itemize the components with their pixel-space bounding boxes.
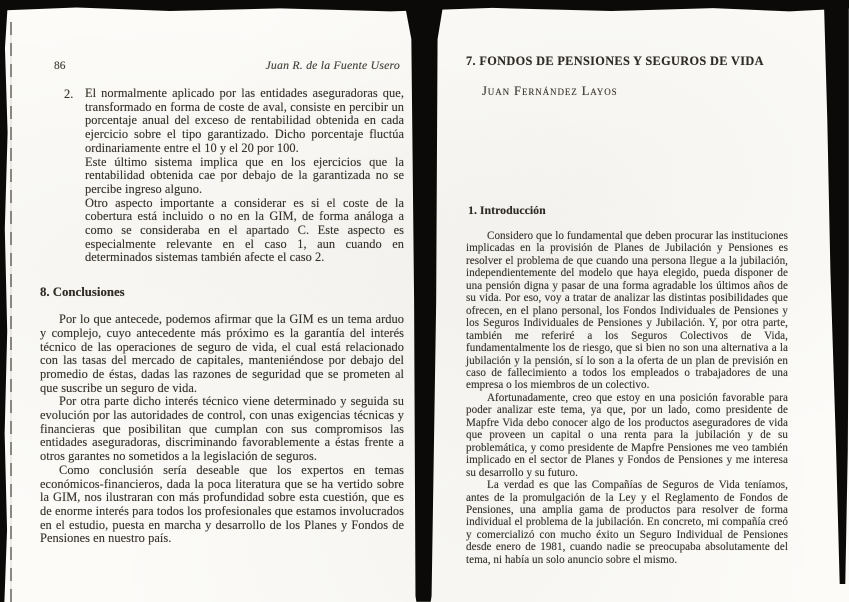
section-heading-introduccion: 1. Introducción	[468, 203, 788, 218]
scan-edge-right	[818, 0, 849, 602]
paragraph: La verdad es que las Compañías de Seguro…	[466, 479, 788, 566]
running-header-author: Juan R. de la Fuente Usero	[266, 58, 401, 73]
book-gutter-shadow	[398, 0, 444, 602]
section-heading-conclusiones: 8. Conclusiones	[40, 285, 404, 300]
right-page: 7. FONDOS DE PENSIONES Y SEGUROS DE VIDA…	[466, 54, 788, 566]
chapter-heading: 7. FONDOS DE PENSIONES Y SEGUROS DE VIDA	[466, 54, 788, 69]
running-header: 86 Juan R. de la Fuente Usero	[40, 58, 404, 73]
paragraph: Considero que lo fundamental que deben p…	[466, 230, 788, 392]
paragraph: Por lo que antecede, podemos afirmar que…	[40, 313, 404, 395]
list-item-paragraph: Otro aspecto importante a considerar es …	[85, 197, 404, 266]
page-number: 86	[54, 60, 66, 72]
paragraph: Afortunadamente, creo que estoy en una p…	[466, 392, 788, 479]
left-page: 86 Juan R. de la Fuente Usero 2. El norm…	[40, 58, 404, 546]
page-crease-line	[10, 22, 12, 602]
scan-edge-left	[0, 0, 8, 602]
list-item-paragraph: El normalmente aplicado por las entidade…	[85, 87, 404, 156]
numbered-list-item-2: 2. El normalmente aplicado por las entid…	[64, 87, 404, 265]
chapter-author: Juan Fernández Layos	[482, 84, 788, 99]
paragraph: Como conclusión sería deseable que los e…	[40, 464, 404, 546]
paragraph: Por otra parte dicho interés técnico vie…	[40, 395, 404, 464]
scanned-book-spread: 86 Juan R. de la Fuente Usero 2. El norm…	[0, 0, 849, 602]
list-item-paragraph: Este último sistema implica que en los e…	[85, 156, 404, 197]
list-item-number: 2.	[64, 87, 73, 102]
